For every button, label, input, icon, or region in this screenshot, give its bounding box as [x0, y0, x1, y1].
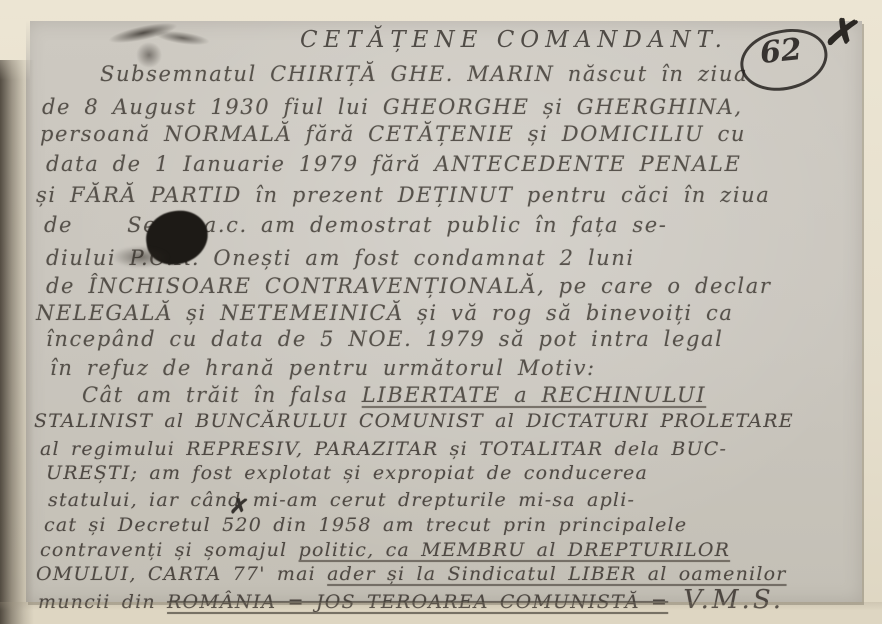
- text-segment: cat și Decretul 520 din 1958 am trecut p…: [44, 514, 687, 536]
- annotation-cross-icon: ✗: [821, 7, 865, 61]
- text-segment-underline: politic, ca MEMBRU al DREPTURILOR: [299, 539, 731, 561]
- text-segment: data de 1 Ianuarie 1979 fără ANTECEDENTE…: [46, 152, 741, 176]
- text-segment: de ÎNCHISOARE CONTRAVENȚIONALĂ, pe care …: [46, 274, 771, 298]
- text-line: al regimului REPRESIV, PARAZITAR și TOTA…: [40, 438, 727, 460]
- text-segment: NELEGALĂ și NETEMEINICĂ și vă rog să bin…: [36, 301, 733, 325]
- book-spine-shadow: [0, 60, 34, 624]
- spine-shadow-fade: [0, 20, 30, 80]
- ink-smudge-mark: [100, 20, 215, 70]
- text-segment: începând cu data de 5 NOE. 1979 să pot i…: [46, 327, 723, 351]
- document-title: CETĂȚENE COMANDANT.: [300, 27, 728, 53]
- text-segment: contravenți și șomajul: [40, 539, 299, 561]
- annotation-number: 62: [758, 32, 803, 71]
- text-segment: statului, iar când mi-am cerut drepturil…: [48, 489, 635, 511]
- text-line: statului, iar când mi-am cerut drepturil…: [48, 489, 635, 511]
- text-segment: de: [44, 213, 73, 237]
- text-line: Cât am trăit în falsa LIBERTATE a RECHIN…: [82, 383, 706, 407]
- text-segment: în refuz de hrană pentru următorul Motiv…: [50, 356, 596, 380]
- text-segment: al regimului REPRESIV, PARAZITAR și TOTA…: [40, 438, 727, 460]
- text-segment: și FĂRĂ PARTID în prezent DEȚINUT pentru…: [36, 183, 770, 207]
- text-segment: Cât am trăit în falsa: [82, 383, 362, 407]
- text-line: și FĂRĂ PARTID în prezent DEȚINUT pentru…: [36, 183, 770, 207]
- text-line: NELEGALĂ și NETEMEINICĂ și vă rog să bin…: [36, 301, 733, 325]
- scanned-document-page: CETĂȚENE COMANDANT. Subsemnatul CHIRIȚĂ …: [0, 0, 882, 624]
- text-segment: UREȘTI; am fost explotat și expropiat de…: [46, 462, 648, 484]
- page-bottom-edge: [0, 602, 882, 624]
- text-line: persoană NORMALĂ fără CETĂȚENIE și DOMIC…: [40, 122, 746, 146]
- text-line: începând cu data de 5 NOE. 1979 să pot i…: [46, 327, 723, 351]
- text-line: deSept. a.c. am demostrat public în fața…: [44, 213, 667, 237]
- text-line: cat și Decretul 520 din 1958 am trecut p…: [44, 514, 687, 536]
- text-line: în refuz de hrană pentru următorul Motiv…: [50, 356, 596, 380]
- text-segment: STALINIST al BUNCĂRULUI COMUNIST al DICT…: [34, 410, 794, 432]
- circled-number-annotation: 62 ✗: [738, 12, 878, 92]
- text-line: contravenți și șomajul politic, ca MEMBR…: [40, 539, 730, 561]
- text-segment: persoană NORMALĂ fără CETĂȚENIE și DOMIC…: [40, 122, 746, 146]
- handwritten-text-layer: CETĂȚENE COMANDANT. Subsemnatul CHIRIȚĂ …: [0, 0, 882, 624]
- text-segment-underline: ader și la Sindicatul LIBER al oamenilor: [327, 563, 786, 585]
- text-line: data de 1 Ianuarie 1979 fără ANTECEDENTE…: [46, 152, 741, 176]
- text-line: OMULUI, CARTA 77' mai ader și la Sindica…: [36, 563, 787, 585]
- text-segment: Sept. a.c. am demostrat public în fața s…: [127, 213, 667, 237]
- ink-smudge-overwrite: [112, 246, 170, 268]
- text-line: UREȘTI; am fost explotat și expropiat de…: [46, 462, 648, 484]
- text-line: de ÎNCHISOARE CONTRAVENȚIONALĂ, pe care …: [46, 274, 771, 298]
- text-line: de 8 August 1930 fiul lui GHEORGHE și GH…: [42, 95, 743, 119]
- text-line: STALINIST al BUNCĂRULUI COMUNIST al DICT…: [34, 410, 794, 432]
- text-segment: OMULUI, CARTA 77' mai: [36, 563, 327, 585]
- text-segment-underline: LIBERTATE a RECHINULUI: [362, 383, 706, 407]
- text-segment: de 8 August 1930 fiul lui GHEORGHE și GH…: [42, 95, 743, 119]
